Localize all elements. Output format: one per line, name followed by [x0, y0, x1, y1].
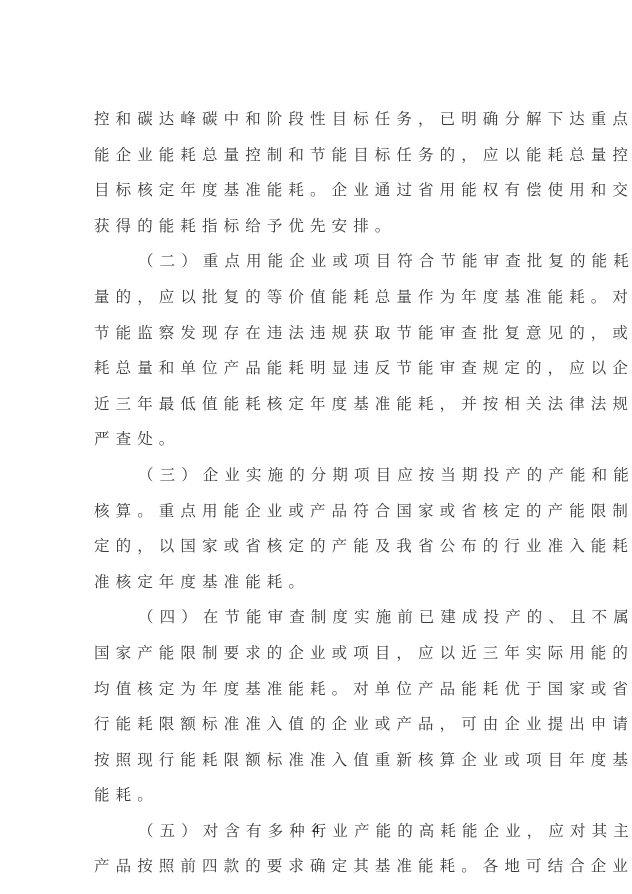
text-line: （四）在节能审查制度实施前已建成投产的、且不属于: [94, 600, 540, 636]
text-line: 耗总量和单位产品能耗明显违反节能审查规定的，应以企业: [94, 351, 540, 387]
text-line: 能耗。: [94, 778, 540, 814]
text-line: 均值核定为年度基准能耗。对单位产品能耗优于国家或省现: [94, 672, 540, 708]
document-body: 控和碳达峰碳中和阶段性目标任务，已明确分解下达重点用 能企业能耗总量控制和节能目…: [94, 102, 540, 885]
text-line: 获得的能耗指标给予优先安排。: [94, 209, 540, 245]
text-line: 国家产能限制要求的企业或项目，应以近三年实际用能的平: [94, 636, 540, 672]
text-line: 严查处。: [94, 422, 540, 458]
text-line: 控和碳达峰碳中和阶段性目标任务，已明确分解下达重点用: [94, 102, 540, 138]
text-line: 行能耗限额标准准入值的企业或产品，可由企业提出申请，: [94, 707, 540, 743]
text-line: 节能监察发现存在违法违规获取节能审查批复意见的，或能: [94, 316, 540, 352]
text-line: （三）企业实施的分期项目应按当期投产的产能和能耗: [94, 458, 540, 494]
text-line: 按照现行能耗限额标准准入值重新核算企业或项目年度基准: [94, 743, 540, 779]
text-line: 准核定年度基准能耗。: [94, 565, 540, 601]
text-line: （二）重点用能企业或项目符合节能审查批复的能耗总: [94, 244, 540, 280]
text-line: 产品按照前四款的要求确定其基准能耗。各地可结合企业近: [94, 849, 540, 885]
text-line: 近三年最低值能耗核定年度基准能耗，并按相关法律法规从: [94, 387, 540, 423]
text-line: 能企业能耗总量控制和节能目标任务的，应以能耗总量控制: [94, 138, 540, 174]
text-line: 目标核定年度基准能耗。企业通过省用能权有偿使用和交易: [94, 173, 540, 209]
document-page: 控和碳达峰碳中和阶段性目标任务，已明确分解下达重点用 能企业能耗总量控制和节能目…: [0, 0, 632, 894]
page-number: 4: [0, 822, 632, 837]
text-line: 量的，应以批复的等价值能耗总量作为年度基准能耗。对经: [94, 280, 540, 316]
text-line: 定的，以国家或省核定的产能及我省公布的行业准入能耗标: [94, 529, 540, 565]
text-line: 核算。重点用能企业或产品符合国家或省核定的产能限制规: [94, 494, 540, 530]
